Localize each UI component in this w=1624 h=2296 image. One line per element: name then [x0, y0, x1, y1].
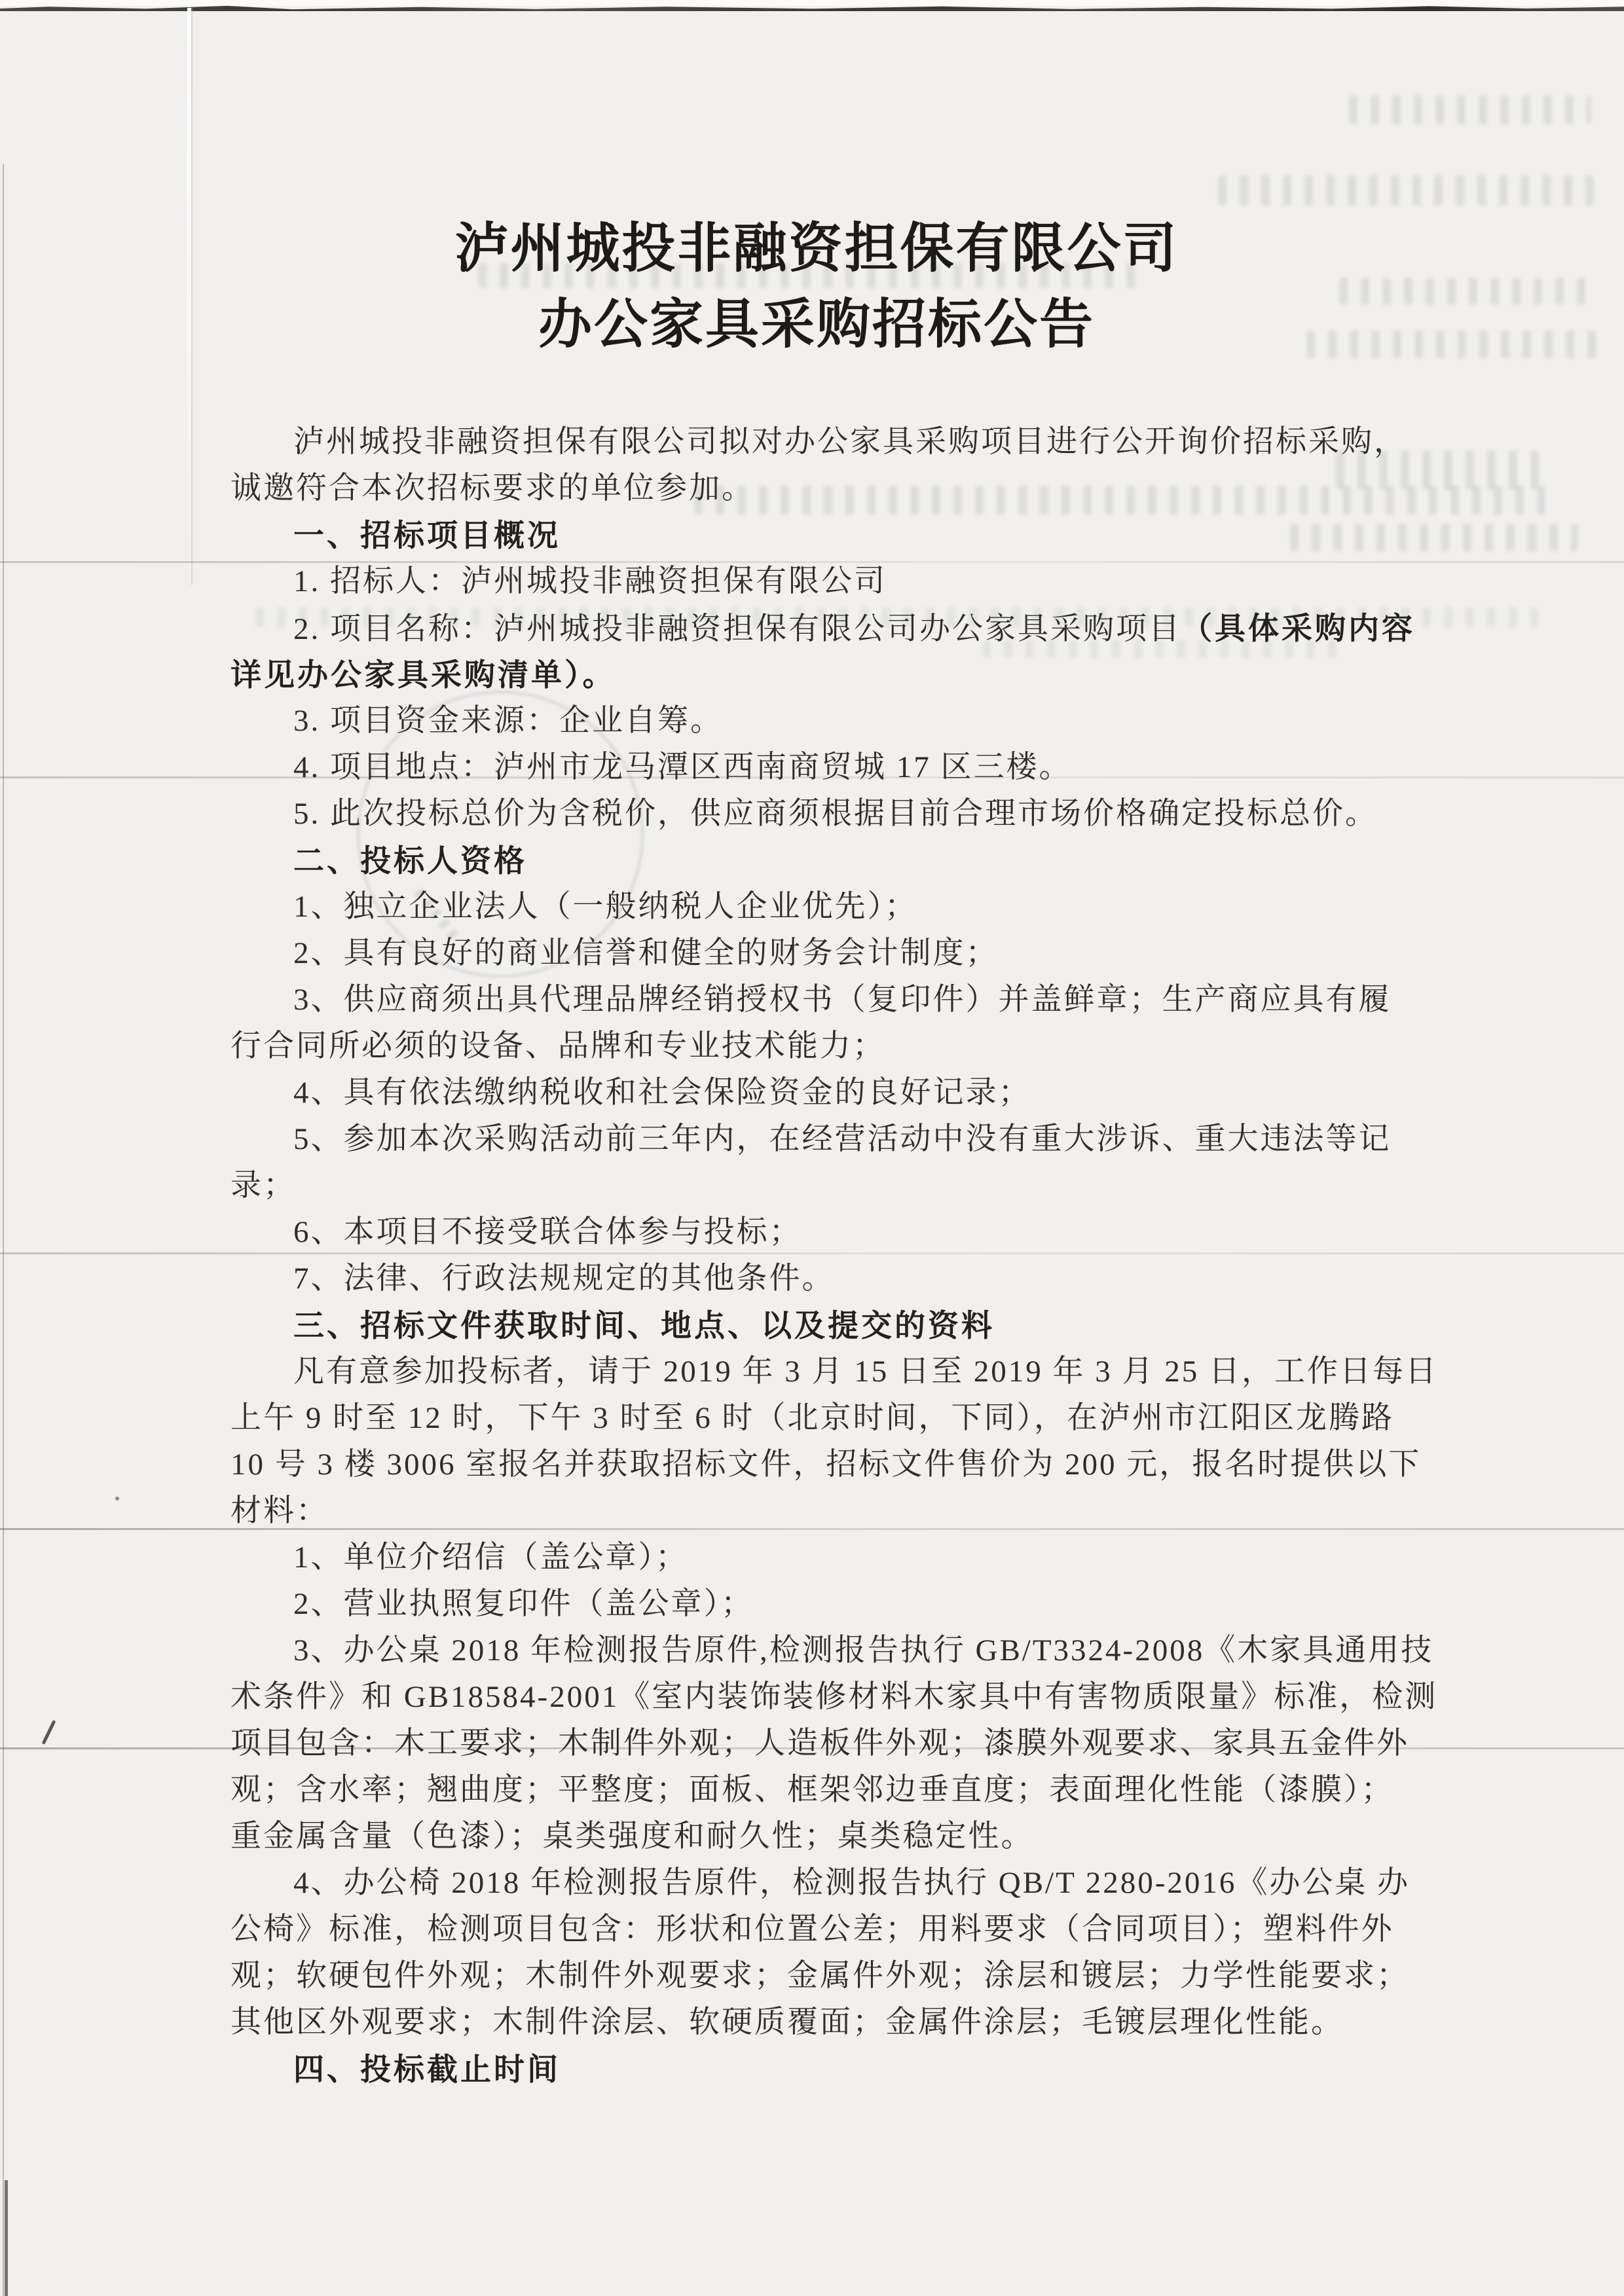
section-heading-line: 三、招标文件获取时间、地点、以及提交的资料	[231, 1302, 1409, 1349]
bleed-through-artifact	[1349, 96, 1591, 124]
body-line: 诚邀符合本次招标要求的单位参加。	[231, 465, 1409, 512]
body-line: 1、独立企业法人（一般纳税人企业优先）；	[231, 884, 1409, 930]
body-line: 5、参加本次采购活动前三年内，在经营活动中没有重大涉诉、重大违法等记	[231, 1116, 1409, 1163]
body-line: 4. 项目地点：泸州市龙马潭区西南商贸城 17 区三楼。	[231, 744, 1409, 791]
body-line: 行合同所必须的设备、品牌和专业技术能力；	[231, 1023, 1409, 1070]
title-line-1: 泸州城投非融资担保有限公司	[231, 211, 1403, 287]
scanned-document-page: 泸州城投非融资担保有限公司办公家具采购招标公告 泸州城投非融资担保有限公司拟对办…	[0, 0, 1624, 2296]
scan-left-edge-line-dark	[5, 2180, 8, 2296]
body-line: 5. 此次投标总价为含税价，供应商须根据目前合理市场价格确定投标总价。	[231, 791, 1409, 837]
body-line: 1. 招标人：泸州城投非融资担保有限公司	[231, 558, 1409, 605]
body-line: 材料：	[231, 1488, 1409, 1535]
body-line: 3、办公桌 2018 年检测报告原件,检测报告执行 GB/T3324-2008《…	[231, 1628, 1409, 1674]
section-heading-line: 详见办公家具采购清单）。	[231, 651, 1409, 698]
body-line-segment: 2. 项目名称：泸州城投非融资担保有限公司办公家具采购项目	[293, 612, 1181, 646]
body-line: 7、法律、行政法规规定的其他条件。	[231, 1256, 1409, 1302]
document-title: 泸州城投非融资担保有限公司办公家具采购招标公告	[231, 211, 1403, 363]
body-line: 公椅》标准，检测项目包含：形状和位置公差；用料要求（合同项目）；塑料件外	[231, 1906, 1409, 1953]
ink-speck	[41, 1720, 56, 1745]
body-line: 4、具有依法缴纳税收和社会保险资金的良好记录；	[231, 1070, 1409, 1116]
body-line: 其他区外观要求；木制件涂层、软硬质覆面；金属件涂层；毛镀层理化性能。	[231, 1999, 1409, 2046]
body-line: 项目包含：木工要求；木制件外观；人造板件外观；漆膜外观要求、家具五金件外	[231, 1721, 1409, 1767]
body-line: 凡有意参加投标者，请于 2019 年 3 月 15 日至 2019 年 3 月 …	[231, 1349, 1409, 1395]
body-line: 2、具有良好的商业信誉和健全的财务会计制度；	[231, 930, 1409, 977]
body-line: 上午 9 时至 12 时，下午 3 时至 6 时（北京时间，下同），在泸州市江阳…	[231, 1395, 1409, 1442]
body-line: 观；软硬包件外观；木制件外观要求；金属件外观；涂层和镀层；力学性能要求；	[231, 1953, 1409, 1999]
scanner-lid-strip	[0, 0, 1624, 6]
body-line: 重金属含量（色漆）；桌类强度和耐久性；桌类稳定性。	[231, 1813, 1409, 1860]
scan-top-edge-artifact	[0, 5, 1624, 11]
scan-left-edge-line	[3, 164, 4, 2296]
section-heading-line: 二、投标人资格	[231, 837, 1409, 884]
document-body: 泸州城投非融资担保有限公司拟对办公家具采购项目进行公开询价招标采购，诚邀符合本次…	[231, 419, 1409, 2092]
section-heading-line: 四、投标截止时间	[231, 2046, 1409, 2092]
body-line: 术条件》和 GB18584-2001《室内装饰装修材料木家具中有害物质限量》标准…	[231, 1674, 1409, 1721]
body-line: 观；含水率；翘曲度；平整度；面板、框架邻边垂直度；表面理化性能（漆膜）；	[231, 1767, 1409, 1813]
body-line: 4、办公椅 2018 年检测报告原件，检测报告执行 QB/T 2280-2016…	[231, 1860, 1409, 1906]
paper-crease-artifact	[187, 8, 191, 584]
title-line-2: 办公家具采购招标公告	[231, 287, 1403, 363]
body-line: 1、单位介绍信（盖公章）；	[231, 1535, 1409, 1581]
section-heading-line: 一、招标项目概况	[231, 512, 1409, 558]
body-line: 10 号 3 楼 3006 室报名并获取招标文件，招标文件售价为 200 元，报…	[231, 1442, 1409, 1488]
body-line: 3. 项目资金来源：企业自筹。	[231, 698, 1409, 744]
body-line: 2. 项目名称：泸州城投非融资担保有限公司办公家具采购项目（具体采购内容	[231, 605, 1409, 651]
body-line: 录；	[231, 1163, 1409, 1209]
body-line-segment: （具体采购内容	[1181, 611, 1415, 646]
body-line: 6、本项目不接受联合体参与投标；	[231, 1209, 1409, 1256]
body-line: 泸州城投非融资担保有限公司拟对办公家具采购项目进行公开询价招标采购，	[231, 419, 1409, 465]
ink-speck	[115, 1497, 119, 1501]
body-line: 2、营业执照复印件（盖公章）；	[231, 1581, 1409, 1628]
bleed-through-artifact	[1218, 175, 1595, 206]
body-line: 3、供应商须出具代理品牌经销授权书（复印件）并盖鲜章；生产商应具有履	[231, 977, 1409, 1023]
